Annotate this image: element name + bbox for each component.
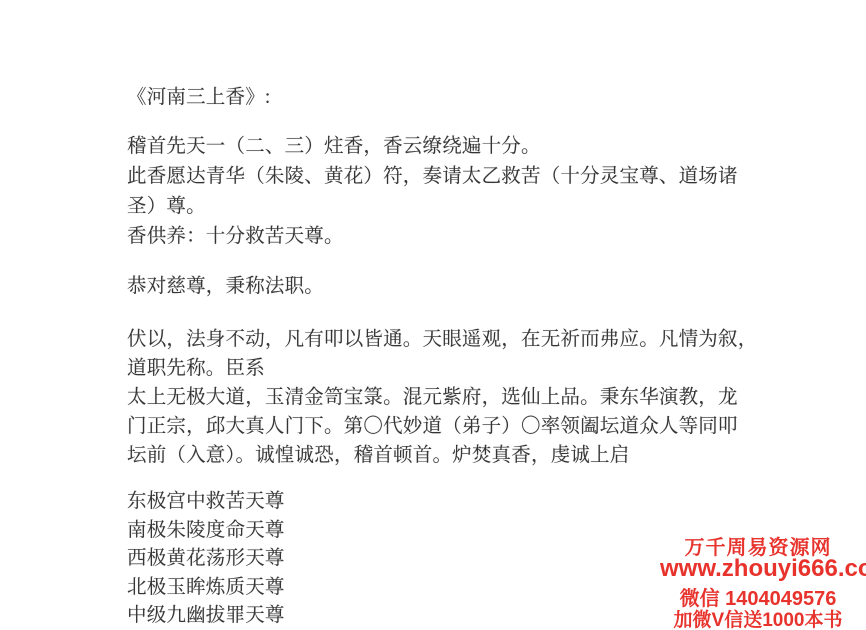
document-title: 《河南三上香》: (127, 83, 787, 112)
incense-line: 稽首先天一（二、三）炷香，香云缭绕遍十分。 (127, 132, 787, 162)
petition-line: 坛前（入意）。诚惶诚恐，稽首顿首。炉焚真香，虔诚上启 (127, 441, 787, 470)
incense-paragraph: 稽首先天一（二、三）炷香，香云缭绕遍十分。 此香愿达青华（朱陵、黄花）符，奏请太… (127, 132, 787, 252)
document-title-block: 《河南三上香》: (127, 83, 787, 112)
address-paragraph: 恭对慈尊，秉称法职。 (127, 272, 787, 301)
petition-line: 伏以，法身不动，凡有叩以皆通。天眼遥观，在无祈而弗应。凡情为叙， (127, 325, 787, 354)
address-line: 恭对慈尊，秉称法职。 (127, 272, 787, 301)
deity-line: 东极宫中救苦天尊 (127, 488, 787, 517)
watermark-site-url: www.zhouyi666.com (660, 555, 856, 583)
petition-line: 太上无极大道，玉清金笥宝箓。混元紫府，选仙上品。秉东华演教，龙 (127, 383, 787, 412)
incense-line: 香供养：十分救苦天尊。 (127, 222, 787, 252)
petition-paragraph: 伏以，法身不动，凡有叩以皆通。天眼遥观，在无祈而弗应。凡情为叙， 道职先称。臣系… (127, 325, 787, 470)
petition-line: 门正宗，邱大真人门下。第〇代妙道（弟子）〇率领阖坛道众人等同叩 (127, 412, 787, 441)
incense-line: 圣）尊。 (127, 192, 787, 222)
petition-line: 道职先称。臣系 (127, 354, 787, 383)
incense-line: 此香愿达青华（朱陵、黄花）符，奏请太乙救苦（十分灵宝尊、道场诸 (127, 162, 787, 192)
watermark-promo: 加微V信送1000本书 (660, 605, 856, 630)
scanned-document-page: 《河南三上香》: 稽首先天一（二、三）炷香，香云缭绕遍十分。 此香愿达青华（朱陵… (0, 0, 866, 630)
